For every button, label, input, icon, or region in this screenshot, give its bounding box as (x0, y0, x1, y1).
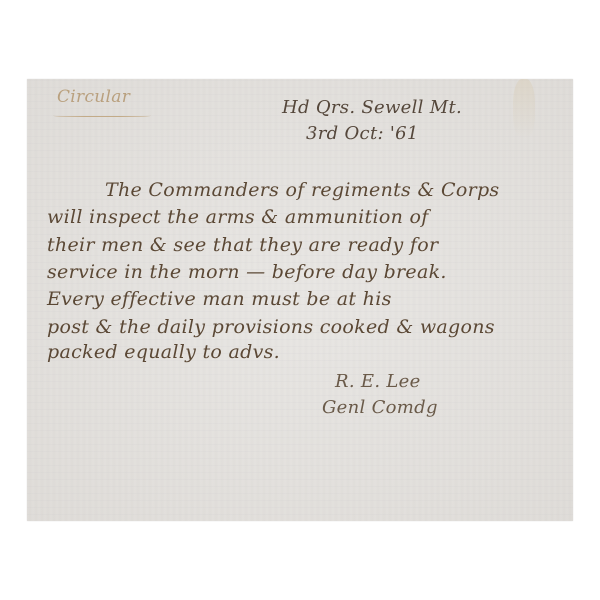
body-line: will inspect the arms & ammunition of (47, 206, 429, 228)
body-line: The Commanders of regiments & Corps (105, 179, 499, 201)
docket-underline (53, 114, 151, 117)
heading-place: Hd Qrs. Sewell Mt. (282, 97, 462, 118)
signature-name: R. E. Lee (335, 371, 421, 392)
body-line: packed equally to advs. (47, 341, 280, 363)
body-line: Every effective man must be at his (47, 288, 392, 310)
paper-stain (513, 79, 535, 139)
body-line: their men & see that they are ready for (47, 234, 438, 256)
docket-label: Circular (57, 87, 130, 107)
body-line: post & the daily provisions cooked & wag… (47, 316, 495, 338)
heading-date: 3rd Oct: '61 (306, 123, 419, 144)
body-line: service in the morn — before day break. (47, 261, 447, 283)
signature-title: Genl Comdg (322, 397, 438, 418)
letter-paper: Circular Hd Qrs. Sewell Mt. 3rd Oct: '61… (27, 79, 573, 521)
